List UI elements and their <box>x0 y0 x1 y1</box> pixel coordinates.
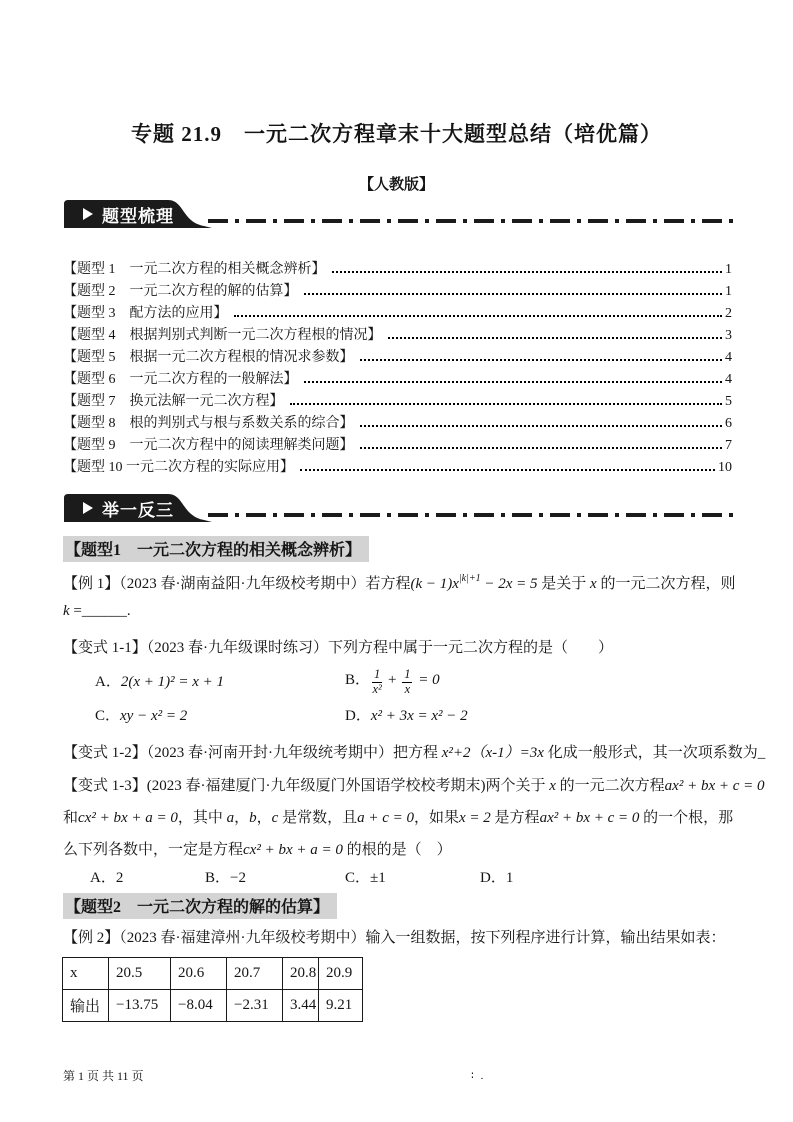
toc-dots-leader <box>290 403 723 405</box>
section-heading-type2: 【题型2 一元二次方程的解的估算】 <box>63 893 337 919</box>
toc-page-number: 3 <box>725 328 732 344</box>
option-a: A．2 <box>90 868 205 889</box>
section-heading-type1: 【题型1 一元二次方程的相关概念辨析】 <box>63 536 369 562</box>
option-c: C．xy − x² = 2 <box>95 706 345 727</box>
table-cell: 20.6 <box>171 958 227 990</box>
toc-item-label: 【题型 2 一元二次方程的解的估算】 <box>63 280 298 300</box>
variant11-options-cd: C．xy − x² = 2 D．x² + 3x = x² − 2 <box>63 706 733 727</box>
toc-page-number: 6 <box>725 416 732 432</box>
toc-item-label: 【题型 7 换元法解一元二次方程】 <box>63 390 284 410</box>
toc-item-label: 【题型 6 一元二次方程的一般解法】 <box>63 368 298 388</box>
toc-dots-leader <box>360 447 723 449</box>
toc-item-label: 【题型 5 根据一元二次方程根的情况求参数】 <box>63 346 354 366</box>
toc-item: 【题型 3 配方法的应用】 2 <box>63 302 732 324</box>
output-table: x 20.5 20.6 20.7 20.8 20.9 输出 −13.75 −8.… <box>62 957 363 1022</box>
table-cell: −13.75 <box>109 990 171 1022</box>
example1-line2: k =______. <box>63 601 131 622</box>
toc-item: 【题型 4 根据判别式判断一元二次方程根的情况】 3 <box>63 324 732 346</box>
edition-label: 【人教版】 <box>0 173 793 194</box>
toc-item: 【题型 7 换元法解一元二次方程】 5 <box>63 390 732 412</box>
table-cell: 20.9 <box>319 958 363 990</box>
variant13-line2: 和cx² + bx + a = 0，其中 a，b，c 是常数，且a + c = … <box>63 808 733 829</box>
dash-dot-divider <box>208 513 738 517</box>
table-of-contents: 【题型 1 一元二次方程的相关概念辨析】 1 【题型 2 一元二次方程的解的估算… <box>63 258 732 478</box>
toc-page-number: 10 <box>718 460 732 476</box>
option-b: B．1x² + 1x = 0 <box>345 668 440 697</box>
banner-outline: 题型梳理 <box>64 200 212 228</box>
toc-item: 【题型 6 一元二次方程的一般解法】 4 <box>63 368 732 390</box>
toc-page-number: 1 <box>725 284 732 300</box>
toc-dots-leader <box>304 381 723 383</box>
page-number-footer: 第 1 页 共 11 页 <box>63 1067 144 1084</box>
table-cell: x <box>63 958 109 990</box>
play-triangle-icon <box>83 502 93 514</box>
toc-page-number: 5 <box>725 394 732 410</box>
toc-dots-leader <box>332 271 723 273</box>
option-c: C．±1 <box>345 868 480 889</box>
toc-item: 【题型 1 一元二次方程的相关概念辨析】 1 <box>63 258 732 280</box>
toc-item-label: 【题型 8 根的判别式与根与系数关系的综合】 <box>63 412 354 432</box>
toc-dots-leader <box>234 315 723 317</box>
play-triangle-icon <box>83 208 93 220</box>
toc-dots-leader <box>388 337 723 339</box>
toc-item-label: 【题型 9 一元二次方程中的阅读理解类问题】 <box>63 434 354 454</box>
document-page: 专题 21.9 一元二次方程章末十大题型总结（培优篇） 【人教版】 题型梳理 【… <box>0 0 793 1122</box>
option-d: D．x² + 3x = x² − 2 <box>345 706 468 727</box>
toc-item: 【题型 2 一元二次方程的解的估算】 1 <box>63 280 732 302</box>
option-b: B．−2 <box>205 868 345 889</box>
table-cell: 20.8 <box>283 958 319 990</box>
table-row-output: 输出 −13.75 −8.04 −2.31 3.44 9.21 <box>63 990 363 1022</box>
variant11-options-ab: A．2(x + 1)² = x + 1 B．1x² + 1x = 0 <box>63 662 733 702</box>
banner-practice-label: 举一反三 <box>102 496 174 521</box>
option-d: D．1 <box>480 868 513 889</box>
toc-dots-leader <box>360 425 723 427</box>
toc-page-number: 1 <box>725 262 732 278</box>
variant13-options: A．2 B．−2 C．±1 D．1 <box>63 868 733 889</box>
table-cell: 3.44 <box>283 990 319 1022</box>
example1-line1: 【例 1】（2023 春·湖南益阳·九年级校考期中）若方程(k − 1)x|k|… <box>63 568 735 595</box>
banner-outline-label: 题型梳理 <box>102 202 174 227</box>
example2-stem: 【例 2】（2023 春·福建漳州·九年级校考期中）输入一组数据，按下列程序进行… <box>63 928 726 949</box>
table-cell: 9.21 <box>319 990 363 1022</box>
toc-dots-leader <box>304 293 723 295</box>
toc-dots-leader <box>300 469 715 471</box>
table-cell: −2.31 <box>227 990 283 1022</box>
table-cell: 20.7 <box>227 958 283 990</box>
toc-item-label: 【题型 3 配方法的应用】 <box>63 302 228 322</box>
footer-center-mark: ∶ . <box>471 1069 485 1082</box>
table-cell: 输出 <box>63 990 109 1022</box>
variant12-stem: 【变式 1-2】（2023 春·河南开封·九年级统考期中）把方程 x²+2（x-… <box>63 743 765 764</box>
toc-dots-leader <box>360 359 723 361</box>
variant13-line3: 么下列各数中，一定是方程cx² + bx + a = 0 的根的是（ ） <box>63 840 452 861</box>
variant11-stem: 【变式 1-1】（2023 春·九年级课时练习）下列方程中属于一元二次方程的是（… <box>63 638 613 659</box>
toc-page-number: 2 <box>725 306 732 322</box>
table-cell: −8.04 <box>171 990 227 1022</box>
option-a: A．2(x + 1)² = x + 1 <box>95 672 345 693</box>
toc-item: 【题型 9 一元二次方程中的阅读理解类问题】 7 <box>63 434 732 456</box>
toc-page-number: 4 <box>725 350 732 366</box>
toc-item: 【题型 10 一元二次方程的实际应用】 10 <box>63 456 732 478</box>
toc-item: 【题型 5 根据一元二次方程根的情况求参数】 4 <box>63 346 732 368</box>
toc-item: 【题型 8 根的判别式与根与系数关系的综合】 6 <box>63 412 732 434</box>
variant13-line1: 【变式 1-3】(2023 春·福建厦门·九年级厦门外国语学校校考期末)两个关于… <box>63 776 765 797</box>
toc-page-number: 4 <box>725 372 732 388</box>
page-title: 专题 21.9 一元二次方程章末十大题型总结（培优篇） <box>0 118 793 148</box>
dash-dot-divider <box>208 219 738 223</box>
toc-page-number: 7 <box>725 438 732 454</box>
toc-item-label: 【题型 4 根据判别式判断一元二次方程根的情况】 <box>63 324 382 344</box>
table-row-x: x 20.5 20.6 20.7 20.8 20.9 <box>63 958 363 990</box>
toc-item-label: 【题型 1 一元二次方程的相关概念辨析】 <box>63 258 326 278</box>
banner-practice: 举一反三 <box>64 494 212 522</box>
table-cell: 20.5 <box>109 958 171 990</box>
toc-item-label: 【题型 10 一元二次方程的实际应用】 <box>63 456 294 476</box>
